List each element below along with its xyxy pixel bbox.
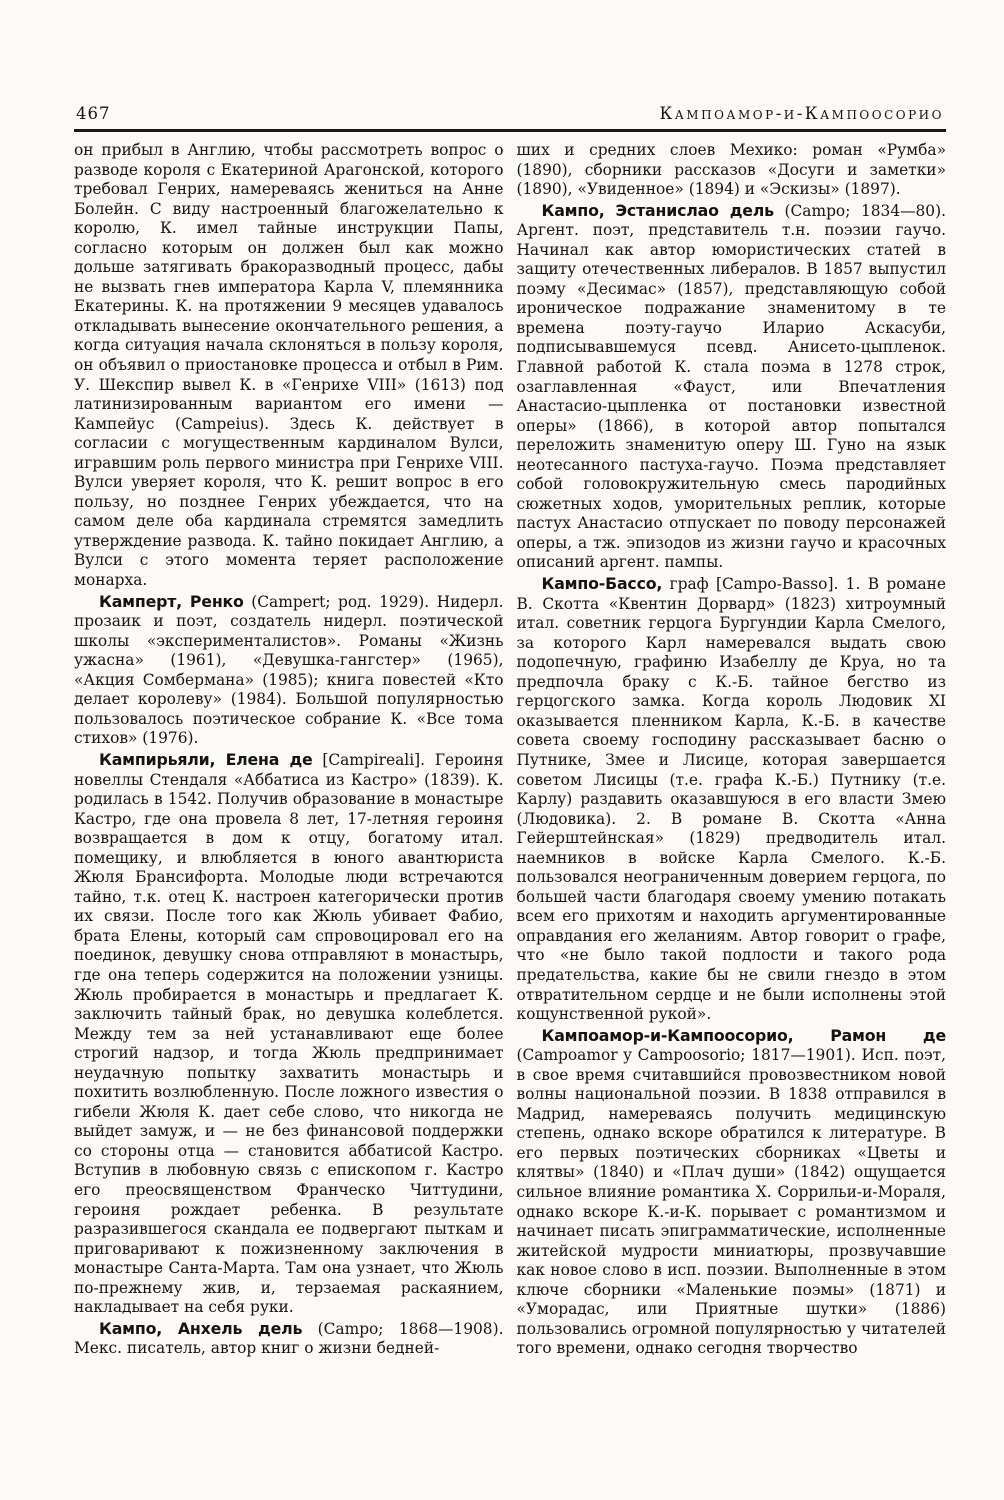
page-number: 467: [76, 104, 111, 123]
entry-headword: Кампоамор-и-Кампоосорио, Рамон де: [542, 1026, 947, 1045]
column-left: он прибыл в Англию, чтобы рассмотреть во…: [74, 141, 504, 1359]
column-right: ших и средних слоев Мехико: роман «Румба…: [517, 141, 947, 1359]
dictionary-page: 467 Кампоамор-и-Кампоосорио он прибыл в …: [0, 0, 1004, 1500]
entry-paragraph: Кампоамор-и-Кампоосорио, Рамон де (Campo…: [517, 1026, 947, 1359]
continuation-paragraph: он прибыл в Англию, чтобы рассмотреть во…: [74, 141, 504, 591]
entry-headword: Кампирьяли, Елена де: [99, 750, 313, 769]
entry-paragraph: Кампо, Эстанислао дель (Campo; 1834—80).…: [517, 201, 947, 573]
continuation-paragraph: ших и средних слоев Мехико: роман «Румба…: [517, 141, 947, 200]
page-header: 467 Кампоамор-и-Кампоосорио: [74, 104, 946, 132]
text-columns: он прибыл в Англию, чтобы рассмотреть во…: [74, 141, 946, 1359]
running-title: Кампоамор-и-Кампоосорио: [659, 104, 944, 123]
entry-headword: Кампо, Анхель дель: [99, 1319, 302, 1338]
entry-paragraph: Камперт, Ренко (Campert; род. 1929). Нид…: [74, 592, 504, 749]
entry-headword: Кампо, Эстанислао дель: [542, 201, 774, 220]
entry-headword: Камперт, Ренко: [99, 592, 244, 611]
entry-paragraph: Кампо-Бассо, граф [Campo-Basso]. 1. В ро…: [517, 574, 947, 1025]
entry-headword: Кампо-Бассо,: [542, 574, 663, 593]
entry-paragraph: Кампирьяли, Елена де [Campireali]. Герои…: [74, 750, 504, 1318]
entry-paragraph: Кампо, Анхель дель (Campo; 1868—1908). М…: [74, 1319, 504, 1359]
